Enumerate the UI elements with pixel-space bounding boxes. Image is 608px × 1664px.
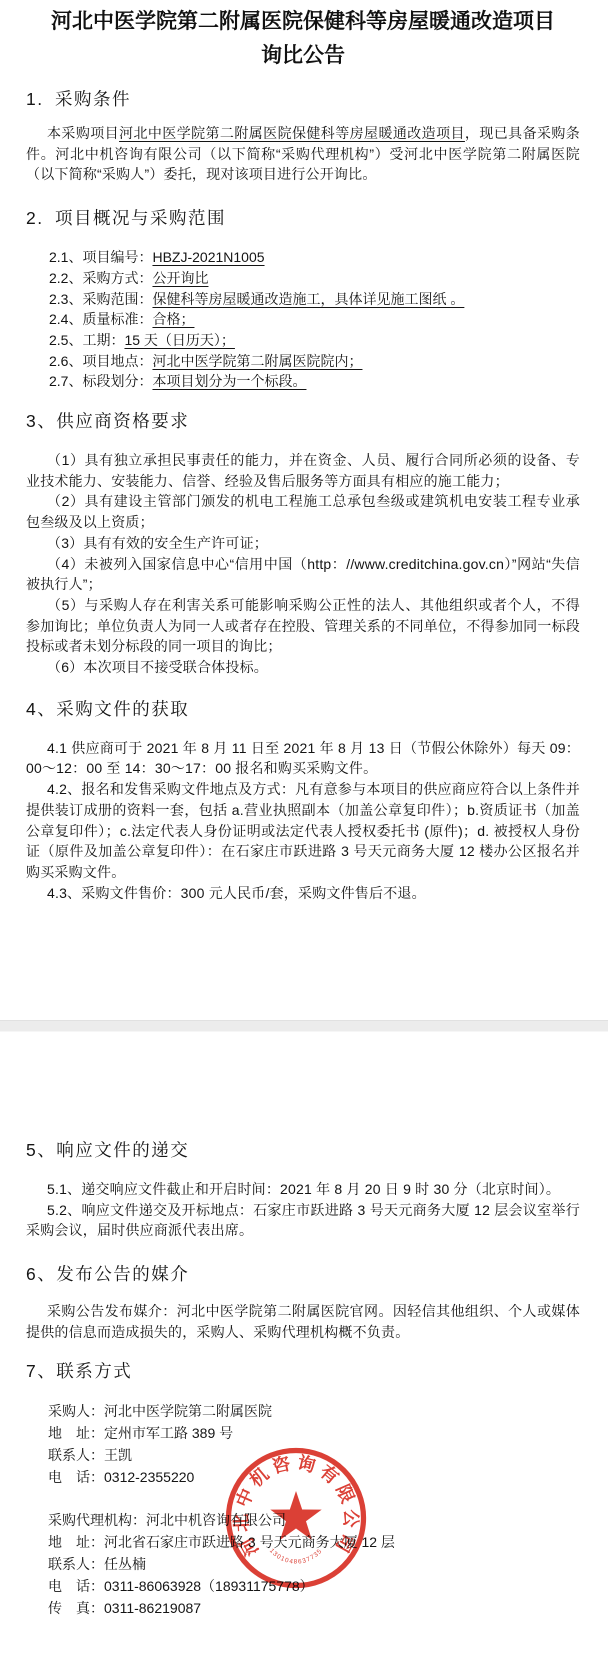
qualification-requirement-4: （4）未被列入国家信息中心“信用中国（http：//www.creditchin…	[26, 554, 580, 595]
contact-info: 采购人：河北中医学院第二附属医院 地 址：定州市军工路 389 号 联系人：王凯…	[48, 1400, 580, 1619]
item-label: 2.2、采购方式：	[49, 270, 152, 286]
section-1-text-prefix: 本采购项目	[47, 125, 119, 141]
qualification-requirement-6: （6）本次项目不接受联合体投标。	[26, 657, 580, 678]
agency-phone: 电 话：0311-86063928（18931175778）	[48, 1575, 580, 1597]
item-label: 2.4、质量标准：	[49, 311, 152, 327]
list-item-project-number: 2.1、项目编号：HBZJ-2021N1005	[49, 247, 580, 268]
item-value: 合格；	[152, 311, 194, 327]
list-item-procurement-method: 2.2、采购方式：公开询比	[49, 268, 580, 289]
item-label: 2.5、工期：	[49, 332, 124, 348]
document-price: 4.3、采购文件售价：300 元人民币/套，采购文件售后不退。	[26, 883, 580, 904]
contact-spacer	[48, 1488, 580, 1509]
section-4-heading: 4、采购文件的获取	[26, 696, 580, 722]
page-2: 5、响应文件的递交 5.1、递交响应文件截止和开启时间：2021 年 8 月 2…	[0, 1032, 608, 1664]
section-7-heading: 7、联系方式	[26, 1358, 580, 1384]
item-value: 保健科等房屋暖通改造施工，具体详见施工图纸 。	[152, 291, 464, 307]
submission-place: 5.2、响应文件递交及开标地点：石家庄市跃进路 3 号天元商务大厦 12 层会议…	[26, 1200, 580, 1241]
section-5-heading: 5、响应文件的递交	[26, 1137, 580, 1163]
section-3-heading: 3、供应商资格要求	[26, 408, 580, 434]
section-1-paragraph: 本采购项目河北中医学院第二附属医院保健科等房屋暖通改造项目，现已具备采购条件。河…	[26, 123, 580, 185]
list-item-procurement-scope: 2.3、采购范围：保健科等房屋暖通改造施工，具体详见施工图纸 。	[49, 289, 580, 310]
item-value: 河北中医学院第二附属医院院内；	[152, 353, 362, 369]
section-2-heading: 2. 项目概况与采购范围	[26, 205, 580, 231]
agency-fax: 传 真：0311-86219087	[48, 1597, 580, 1619]
item-label: 2.3、采购范围：	[49, 291, 152, 307]
item-value: 本项目划分为一个标段。	[152, 373, 306, 389]
document-title-line-1: 河北中医学院第二附属医院保健科等房屋暖通改造项目	[26, 5, 580, 39]
qualification-requirement-3: （3）具有有效的安全生产许可证；	[26, 533, 580, 554]
document-obtain-time: 4.1 供应商可于 2021 年 8 月 11 日至 2021 年 8 月 13…	[26, 738, 580, 779]
agency-contact-person: 联系人：任丛楠	[48, 1553, 580, 1575]
section-1-heading: 1. 采购条件	[26, 86, 580, 112]
document-obtain-place: 4.2、报名和发售采购文件地点及方式：凡有意参与本项目的供应商应符合以上条件并提…	[26, 779, 580, 883]
document-title: 河北中医学院第二附属医院保健科等房屋暖通改造项目 询比公告	[26, 0, 580, 73]
item-value: 15 天（日历天）；	[124, 332, 234, 348]
item-value: HBZJ-2021N1005	[152, 249, 264, 265]
qualification-requirement-2: （2）具有建设主管部门颁发的机电工程施工总承包叁级或建筑机电安装工程专业承包叁级…	[26, 491, 580, 532]
list-item-project-location: 2.6、项目地点：河北中医学院第二附属医院院内；	[49, 351, 580, 372]
page-1: 河北中医学院第二附属医院保健科等房屋暖通改造项目 询比公告 1. 采购条件 本采…	[0, 0, 608, 1020]
list-item-duration: 2.5、工期：15 天（日历天）；	[49, 330, 580, 351]
agency-address: 地 址：河北省石家庄市跃进路 3 号天元商务大厦 12 层	[48, 1531, 580, 1553]
item-label: 2.7、标段划分：	[49, 373, 152, 389]
procurement-notice-document: 河北中医学院第二附属医院保健科等房屋暖通改造项目 询比公告 1. 采购条件 本采…	[0, 0, 608, 1664]
list-item-quality-standard: 2.4、质量标准：合格；	[49, 309, 580, 330]
buyer-address: 地 址：定州市军工路 389 号	[48, 1422, 580, 1444]
buyer-phone: 电 话：0312-2355220	[48, 1466, 580, 1488]
project-overview-list: 2.1、项目编号：HBZJ-2021N1005 2.2、采购方式：公开询比 2.…	[49, 247, 580, 392]
project-name-underlined: 河北中医学院第二附属医院保健科等房屋暖通改造项目	[119, 125, 465, 141]
page-break	[0, 1020, 608, 1032]
list-item-lot-division: 2.7、标段划分：本项目划分为一个标段。	[49, 371, 580, 392]
item-label: 2.1、项目编号：	[49, 249, 152, 265]
buyer-contact-person: 联系人：王凯	[48, 1444, 580, 1466]
qualification-requirement-1: （1）具有独立承担民事责任的能力，并在资金、人员、履行合同所必须的设备、专业技术…	[26, 450, 580, 491]
document-title-line-2: 询比公告	[26, 39, 580, 73]
buyer-name: 采购人：河北中医学院第二附属医院	[48, 1400, 580, 1422]
section-6-heading: 6、发布公告的媒介	[26, 1261, 580, 1287]
submission-deadline: 5.1、递交响应文件截止和开启时间：2021 年 8 月 20 日 9 时 30…	[26, 1179, 580, 1200]
agency-name: 采购代理机构：河北中机咨询有限公司	[48, 1509, 580, 1531]
qualification-requirement-5: （5）与采购人存在利害关系可能影响采购公正性的法人、其他组织或者个人，不得参加询…	[26, 595, 580, 657]
item-label: 2.6、项目地点：	[49, 353, 152, 369]
item-value: 公开询比	[152, 270, 208, 286]
section-6-paragraph: 采购公告发布媒介：河北中医学院第二附属医院官网。因轻信其他组织、个人或媒体提供的…	[26, 1301, 580, 1342]
